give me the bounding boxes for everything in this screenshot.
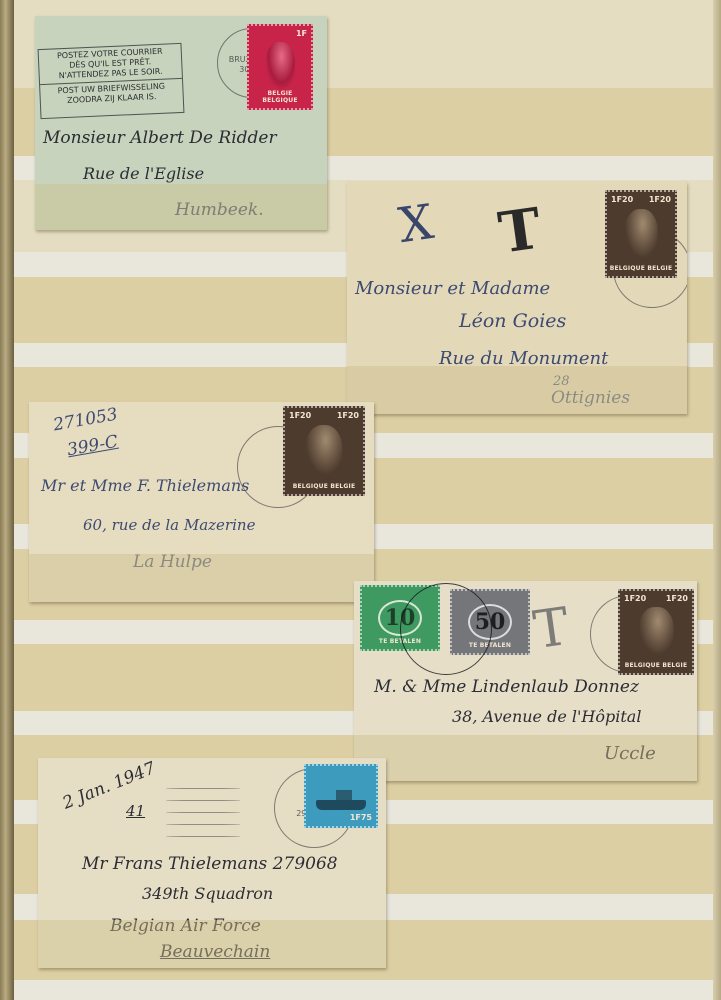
reference-number: 399-C (66, 432, 120, 461)
stamp: 1F75 (304, 764, 378, 828)
strip (14, 980, 713, 1000)
slogan-postmark: POSTEZ VOTRE COURRIER DÈS QU'IL EST PRÊT… (38, 43, 185, 119)
handwritten-note: 41 (126, 802, 145, 820)
cover-1[interactable]: POSTEZ VOTRE COURRIER DÈS QU'IL EST PRÊT… (35, 16, 327, 230)
wavy-cancel (166, 836, 240, 837)
address-line: Léon Goies (459, 310, 566, 332)
stamp-value: 1F20 (649, 195, 671, 204)
tax-t-mark: T (495, 195, 545, 266)
stamp-value: 1F20 (337, 411, 359, 420)
stamp-country: BELGIQUE BELGIE (607, 265, 675, 272)
wavy-cancel (166, 800, 240, 801)
postmark (400, 583, 492, 675)
wavy-cancel (166, 788, 240, 789)
address-line: 38, Avenue de l'Hôpital (452, 707, 641, 726)
strip-sleeve (38, 920, 386, 968)
stamp-value: 1F20 (666, 594, 688, 603)
address-line: M. & Mme Lindenlaub Donnez (374, 677, 639, 697)
x-mark: X (395, 194, 437, 254)
cover-3[interactable]: 271053 399-C 1F20 1F20 BELGIQUE BELGIE M… (29, 402, 374, 602)
address-line: 60, rue de la Mazerine (83, 516, 255, 534)
address-line: Rue de l'Eglise (83, 164, 204, 183)
cover-4[interactable]: 10 TE BETALEN 50 TE BETALEN T 1F20 1F20 … (354, 581, 697, 781)
reference-number: 271053 (52, 405, 119, 436)
address-line: Mr Frans Thielemans 279068 (82, 854, 338, 874)
cover-2[interactable]: X T 1F20 1F20 BELGIQUE BELGIE Monsieur e… (347, 182, 687, 414)
tax-t-mark: T (530, 597, 573, 661)
strip-sleeve (354, 735, 697, 781)
stamp-value: 1F20 (624, 594, 646, 603)
address-line: Mr et Mme F. Thielemans (41, 476, 249, 495)
stamp: 1F20 1F20 BELGIQUE BELGIE (283, 406, 365, 496)
stamp-value: 1F20 (611, 195, 633, 204)
stamp: 1F20 1F20 BELGIQUE BELGIE (618, 589, 694, 675)
stamp-value: 1F20 (289, 411, 311, 420)
stamp: 1F20 1F20 BELGIQUE BELGIE (605, 190, 677, 278)
stamp-value: 1F75 (350, 813, 372, 822)
wavy-cancel (166, 824, 240, 825)
stamp: 1F BELGIE BELGIQUE (247, 24, 313, 110)
address-line: Monsieur et Madame (355, 278, 550, 299)
wavy-cancel (166, 812, 240, 813)
strip-sleeve (35, 184, 327, 230)
album-frame-right (713, 0, 721, 1000)
stamp-country: BELGIQUE BELGIE (620, 662, 692, 669)
address-line: 349th Squadron (142, 884, 273, 903)
strip-sleeve (347, 366, 687, 414)
strip-sleeve (29, 554, 374, 602)
address-line: Monsieur Albert De Ridder (43, 128, 277, 148)
stamp-value: 1F (296, 29, 307, 38)
album-frame-left (0, 0, 14, 1000)
stamp-country: BELGIE BELGIQUE (249, 90, 311, 104)
cover-5[interactable]: 2 Jan. 1947 41 9-10 29 .1946 1F75 Mr Fra… (38, 758, 386, 968)
stamp-country: BELGIQUE BELGIE (285, 483, 363, 490)
